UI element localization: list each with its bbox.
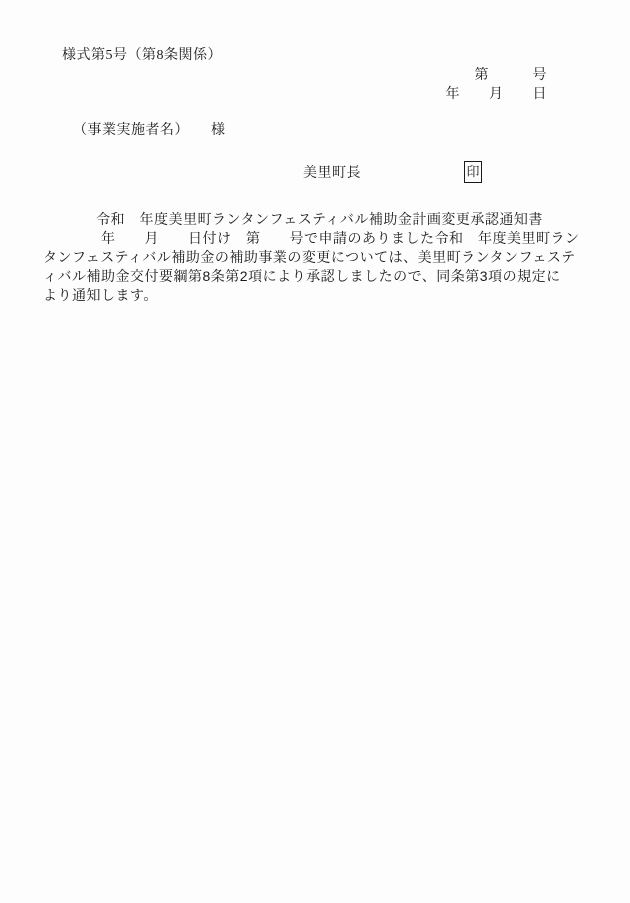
document-page: 様式第5号（第8条関係） 第 号 年 月 日 （事業実施者名） 様 美里町長 印… (0, 0, 630, 903)
form-number-label: 様式第5号（第8条関係） (62, 46, 222, 65)
seal-mark: 印 (464, 161, 482, 183)
body-text-line: ィバル補助金交付要綱第8条第2項により承認しましたので、同条第3項の規定に (43, 267, 603, 286)
date-blank: 年 月 日 (446, 84, 548, 103)
body-text-line: 年 月 日付け 第 号で申請のありました令和 年度美里町ラン (43, 229, 603, 248)
document-number-blank: 第 号 (475, 65, 548, 84)
body-paragraph: 年 月 日付け 第 号で申請のありました令和 年度美里町ラン タンフェスティバル… (43, 229, 603, 305)
sender-title: 美里町長 (303, 163, 361, 182)
body-text-line: タンフェスティバル補助金の補助事業の変更については、美里町ランタンフェステ (43, 248, 603, 267)
addressee-line: （事業実施者名） 様 (73, 120, 226, 139)
document-title: 令和 年度美里町ランタンフェスティバル補助金計画変更承認通知書 (96, 210, 543, 229)
body-text-line: より通知します。 (43, 286, 603, 305)
